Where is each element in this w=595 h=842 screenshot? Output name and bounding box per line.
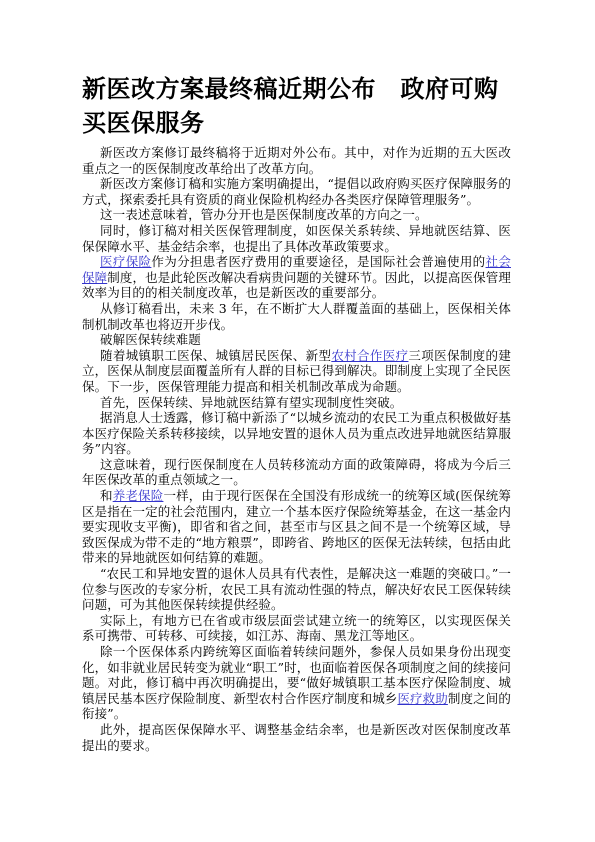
paragraph-text: 首先，医保转续、异地就医结算有望实现制度性突破。 [100, 395, 402, 410]
paragraph: 医疗保险作为分担患者医疗费用的重要途径，是国际社会普遍使用的社会保障制度，也是此… [82, 254, 511, 301]
paragraph: 同时，修订稿对相关医保管理制度，如医保关系转续、异地就医结算、医保保障水平、基金… [82, 223, 511, 254]
paragraph: 这一表述意味着，管办分开也是医保制度改革的方向之一。 [82, 207, 511, 223]
paragraph-text: 制度，也是此轮医改解决看病贵问题的关键环节。因此，以提高医保管理效率为目的的相关… [82, 270, 511, 301]
paragraph-text: 这一表述意味着，管办分开也是医保制度改革的方向之一。 [100, 207, 428, 222]
paragraph-text: 同时，修订稿对相关医保管理制度，如医保关系转续、异地就医结算、医保保障水平、基金… [82, 223, 511, 254]
paragraph: 首先，医保转续、异地就医结算有望实现制度性突破。 [82, 395, 511, 411]
paragraph-text: 破解医保转续难题 [100, 332, 201, 347]
paragraph-text: 和 [100, 488, 113, 503]
paragraph: 据消息人士透露，修订稿中新添了“以城乡流动的农民工为重点积极做好基本医疗保险关系… [82, 410, 511, 457]
paragraph: 除一个医保体系内跨统筹区面临着转续问题外，参保人员如果身份出现变化，如非就业居民… [82, 644, 511, 722]
paragraph: 和养老保险一样，由于现行医保在全国没有形成统一的统筹区域(医保统筹区是指在一定的… [82, 488, 511, 566]
paragraph: 破解医保转续难题 [82, 332, 511, 348]
paragraph-text: 作为分担患者医疗费用的重要途径，是国际社会普遍使用的 [151, 254, 485, 269]
paragraph-text: 新医改方案修订稿和实施方案明确提出，“提倡以政府购买医疗保障服务的方式，探索委托… [82, 176, 511, 207]
paragraph-text: 从修订稿看出，未来 3 年，在不断扩大人群覆盖面的基础上，医保相关体制机制改革也… [82, 301, 511, 332]
paragraph-text: 这意味着，现行医保制度在人员转移流动方面的政策障碍，将成为今后三年医保改革的重点… [82, 457, 511, 488]
paragraph-text: 据消息人士透露，修订稿中新添了“以城乡流动的农民工为重点积极做好基本医疗保险关系… [82, 410, 511, 456]
inline-link[interactable]: 养老保险 [113, 488, 164, 503]
paragraph-text: 新医改方案修订最终稿将于近期对外公布。其中，对作为近期的五大医改重点之一的医保制… [82, 145, 511, 176]
paragraph: 实际上，有地方已在省或市级层面尝试建立统一的统筹区，以实现医保关系可携带、可转移… [82, 613, 511, 644]
paragraph: 随着城镇职工医保、城镇居民医保、新型农村合作医疗三项医保制度的建立，医保从制度层… [82, 348, 511, 395]
paragraph: 从修订稿看出，未来 3 年，在不断扩大人群覆盖面的基础上，医保相关体制机制改革也… [82, 301, 511, 332]
paragraph: “农民工和异地安置的退休人员具有代表性，是解决这一难题的突破口。”一位参与医改的… [82, 566, 511, 613]
document-page: 新医改方案最终稿近期公布 政府可购买医保服务 新医改方案修订最终稿将于近期对外公… [0, 0, 595, 842]
article-title: 新医改方案最终稿近期公布 政府可购买医保服务 [82, 72, 511, 140]
paragraph-text: 随着城镇职工医保、城镇居民医保、新型 [100, 348, 331, 363]
article-body: 新医改方案修订最终稿将于近期对外公布。其中，对作为近期的五大医改重点之一的医保制… [82, 145, 511, 753]
paragraph-text: 实际上，有地方已在省或市级层面尝试建立统一的统筹区，以实现医保关系可携带、可转移… [82, 613, 511, 644]
paragraph-text: 此外，提高医保保障水平、调整基金结余率，也是新医改对医保制度改革提出的要求。 [82, 722, 511, 753]
inline-link[interactable]: 医疗救助 [397, 691, 447, 706]
paragraph: 这意味着，现行医保制度在人员转移流动方面的政策障碍，将成为今后三年医保改革的重点… [82, 457, 511, 488]
paragraph: 此外，提高医保保障水平、调整基金结余率，也是新医改对医保制度改革提出的要求。 [82, 722, 511, 753]
paragraph: 新医改方案修订最终稿将于近期对外公布。其中，对作为近期的五大医改重点之一的医保制… [82, 145, 511, 176]
inline-link[interactable]: 医疗保险 [100, 254, 151, 269]
paragraph: 新医改方案修订稿和实施方案明确提出，“提倡以政府购买医疗保障服务的方式，探索委托… [82, 176, 511, 207]
inline-link[interactable]: 农村合作医疗 [331, 348, 408, 363]
paragraph-text: “农民工和异地安置的退休人员具有代表性，是解决这一难题的突破口。”一位参与医改的… [82, 566, 511, 612]
